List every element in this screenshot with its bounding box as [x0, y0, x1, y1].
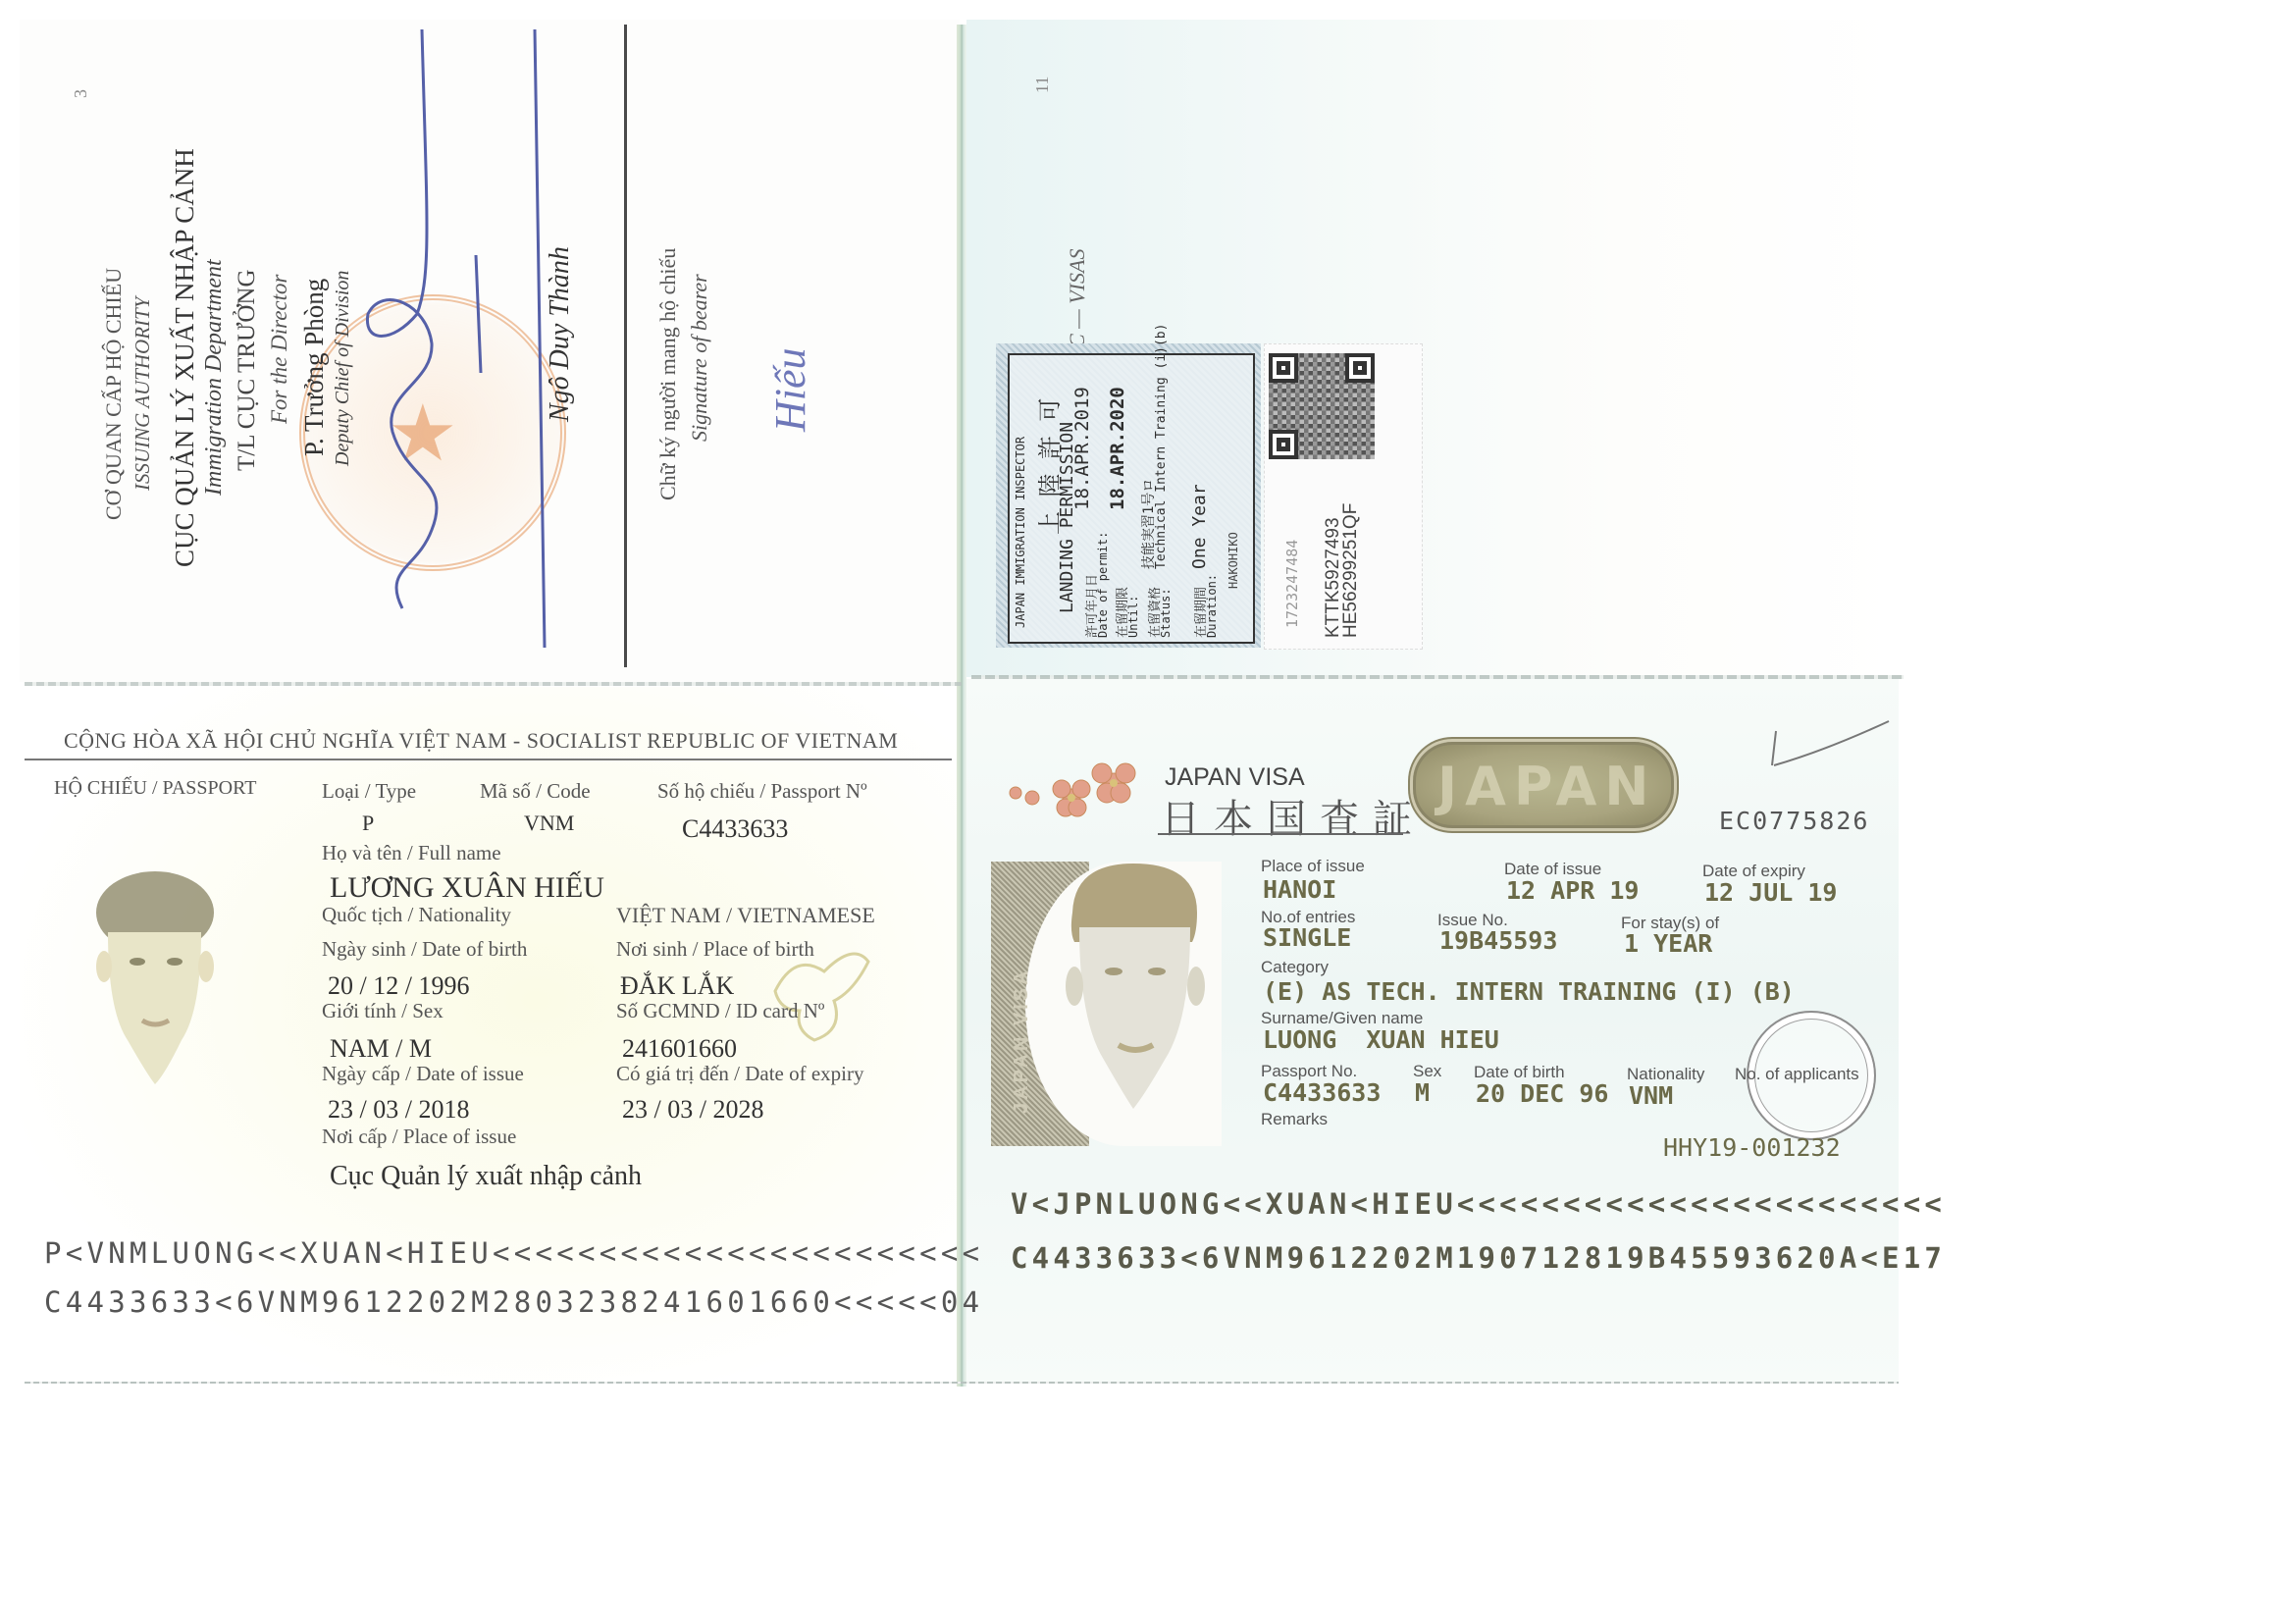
visa-title-underline	[1158, 833, 1403, 835]
label-id-card-no: Số GCMND / ID card Nº	[616, 999, 824, 1023]
value-passport-no: C4433633	[682, 814, 788, 844]
bearer-signature-label-vi: Chữ ký người mang hộ chiếu	[655, 248, 681, 500]
visas-section-label: C — VISAS	[1065, 249, 1090, 348]
signature-divider	[624, 25, 627, 667]
visa-value-date-of-expiry: 12 JUL 19	[1704, 878, 1837, 907]
lp-duration-label-en: Duration:	[1205, 574, 1219, 638]
page-number-visas: 11	[1032, 77, 1053, 93]
value-date-of-issue: 23 / 03 / 2018	[328, 1095, 469, 1125]
visa-value-issue-no: 19B45593	[1439, 926, 1557, 955]
visa-value-sex: M	[1415, 1078, 1430, 1107]
visa-side-text: JAPAN VISA	[1011, 968, 1033, 1114]
label-date-of-issue: Ngày cấp / Date of issue	[322, 1062, 524, 1086]
visa-value-nationality: VNM	[1629, 1081, 1673, 1110]
label-code: Mã số / Code	[480, 779, 591, 804]
visa-value-place-of-issue: HANOI	[1263, 875, 1336, 904]
value-full-name: LƯƠNG XUÂN HIẾU	[330, 871, 604, 905]
lp-duration-value: One Year	[1189, 484, 1210, 569]
cherry-blossom-icon	[1001, 754, 1148, 827]
department-vi: CỤC QUẢN LÝ XUẤT NHẬP CẢNH	[170, 148, 200, 567]
visa-value-date-of-birth: 20 DEC 96	[1476, 1079, 1608, 1108]
value-id-card-no: 241601660	[622, 1034, 737, 1064]
visa-reference: HHY19-001232	[1663, 1133, 1841, 1162]
visa-title-jp: 日本国査証	[1161, 788, 1426, 844]
label-date-of-birth: Ngày sinh / Date of birth	[322, 937, 527, 962]
label-date-of-expiry: Có giá trị đến / Date of expiry	[616, 1062, 864, 1086]
visa-label-remarks: Remarks	[1261, 1110, 1328, 1129]
value-date-of-birth: 20 / 12 / 1996	[328, 971, 469, 1001]
label-sex: Giới tính / Sex	[322, 999, 444, 1023]
lp-status-value-en: Technical Intern Training (i)(b)	[1154, 432, 1169, 569]
visa-mrz-line-1: V<JPNLUONG<<XUAN<HIEU<<<<<<<<<<<<<<<<<<<…	[1011, 1187, 1946, 1221]
visa-value-date-of-issue: 12 APR 19	[1506, 876, 1639, 905]
label-place-of-issue: Nơi cấp / Place of issue	[322, 1125, 516, 1149]
page-bottom-edge	[25, 1382, 1899, 1384]
label-passport-no: Số hộ chiếu / Passport Nº	[657, 779, 867, 804]
sticker-code-3: HE56299251QF	[1340, 503, 1362, 638]
passport-mrz-line-1: P<VNMLUONG<<XUAN<HIEU<<<<<<<<<<<<<<<<<<<…	[44, 1236, 983, 1270]
value-place-of-issue: Cục Quản lý xuất nhập cảnh	[330, 1161, 642, 1192]
visa-value-stay: 1 YEAR	[1624, 929, 1712, 958]
value-nationality: VIỆT NAM / VIETNAMESE	[616, 903, 875, 928]
visa-label-place-of-issue: Place of issue	[1261, 857, 1365, 876]
visa-serial: EC0775826	[1719, 807, 1869, 835]
label-type: Loại / Type	[322, 779, 416, 804]
value-sex: NAM / M	[330, 1034, 432, 1064]
passport-photo	[78, 864, 235, 1109]
visa-value-category: (E) AS TECH. INTERN TRAINING (I) (B)	[1263, 977, 1795, 1006]
lp-status-label-en: Status:	[1159, 588, 1173, 638]
lp-port: HAKOHIKO	[1226, 532, 1240, 589]
lp-date-label-en: Date of permit:	[1096, 532, 1110, 638]
passport-header: CỘNG HÒA XÃ HỘI CHỦ NGHĨA VIỆT NAM - SOC…	[64, 728, 898, 754]
visa-value-passport-no: C4433633	[1263, 1078, 1381, 1107]
issuing-authority-label-vi: CƠ QUAN CẤP HỘ CHIẾU	[101, 268, 127, 520]
visa-value-name: LUONG XUAN HIEU	[1263, 1025, 1499, 1054]
lp-until-label-en: Until:	[1126, 596, 1140, 638]
value-code: VNM	[524, 811, 574, 836]
value-date-of-expiry: 23 / 03 / 2028	[622, 1095, 763, 1125]
japan-emblem-text: JAPAN	[1437, 756, 1657, 817]
visa-photo	[1055, 854, 1212, 1119]
page-edge-left	[25, 682, 962, 686]
sticker-code-1: 1723247484	[1283, 540, 1301, 628]
qr-finder	[1269, 430, 1298, 459]
qr-finder	[1345, 353, 1375, 383]
director-signature	[324, 20, 618, 667]
passport-doc-label: HỘ CHIẾU / PASSPORT	[54, 777, 256, 800]
dove-watermark-icon	[756, 932, 883, 1060]
visa-value-entries: SINGLE	[1263, 923, 1351, 952]
label-nationality: Quốc tịch / Nationality	[322, 903, 511, 927]
issuing-authority-label-en: ISSUING AUTHORITY	[130, 297, 155, 491]
header-divider	[25, 759, 952, 760]
department-en: Immigration Department	[201, 259, 228, 496]
value-place-of-birth: ĐẮK LẮK	[620, 971, 734, 1001]
lp-date-value: 18.APR.2019	[1071, 387, 1093, 510]
bearer-signature-label-en: Signature of bearer	[687, 274, 712, 442]
passport-mrz-line-2: C4433633<6VNM9612202M2803238241601660<<<…	[44, 1285, 983, 1319]
qr-code	[1269, 353, 1375, 459]
visa-mrz-line-2: C4433633<6VNM9612202M190712819B45593620A…	[1011, 1241, 1946, 1275]
page-number: 3	[71, 89, 91, 98]
lp-until-value: 18.APR.2020	[1107, 387, 1128, 510]
value-type: P	[362, 811, 374, 836]
for-director-vi: T/L CỤC TRƯỞNG	[234, 269, 261, 471]
bearer-signature: Hiếu	[765, 347, 815, 432]
check-mark-icon	[1766, 711, 1894, 770]
page-edge-right	[971, 675, 1904, 679]
lp-inspector: JAPAN IMMIGRATION INSPECTOR	[1014, 437, 1027, 628]
visa-label-applicants: No. of applicants	[1735, 1065, 1859, 1084]
for-director-en: For the Director	[267, 275, 292, 424]
center-fold	[957, 25, 966, 1387]
visa-label-category: Category	[1261, 958, 1329, 977]
qr-finder	[1269, 353, 1298, 383]
label-full-name: Họ và tên / Full name	[322, 841, 501, 865]
